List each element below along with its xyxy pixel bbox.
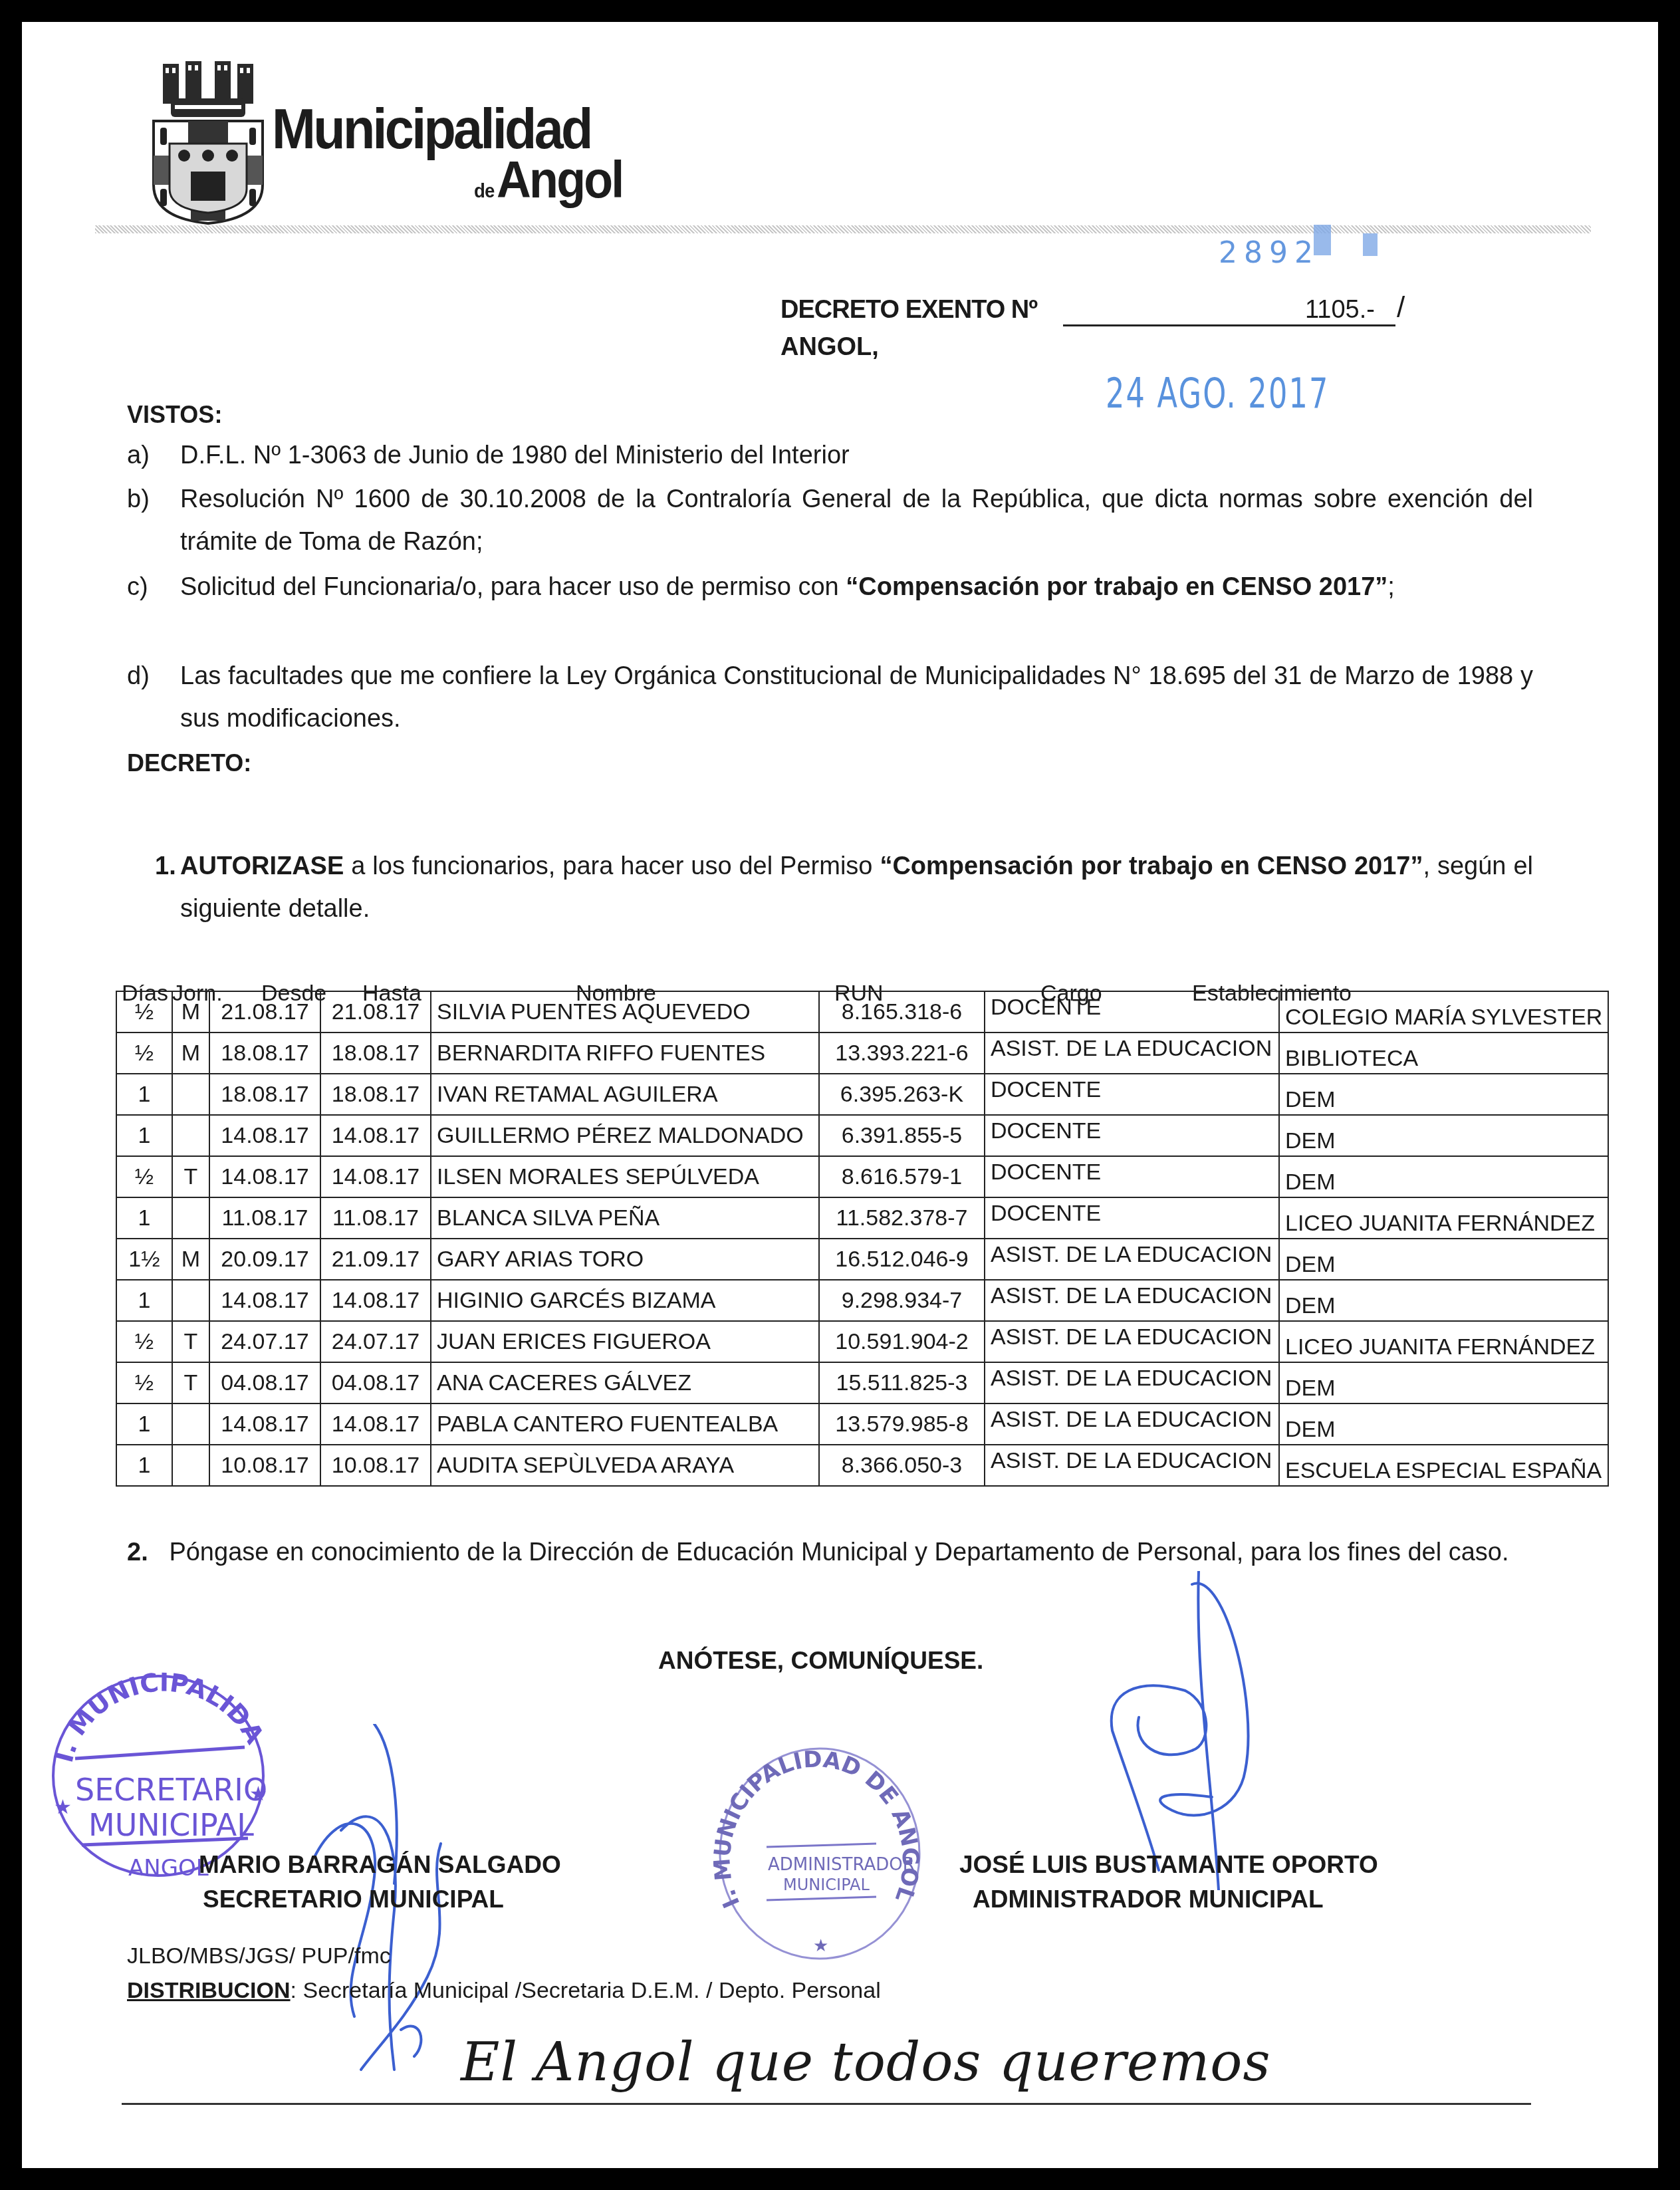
- coat-of-arms-icon: [151, 59, 265, 225]
- anotese-comuniquese: ANÓTESE, COMUNÍQUESE.: [658, 1647, 983, 1675]
- cell-hasta: 14.08.17: [320, 1403, 431, 1445]
- cell-jornada: T: [172, 1362, 209, 1403]
- cell-nombre: ANA CACERES GÁLVEZ: [431, 1362, 819, 1403]
- decree-city: ANGOL,: [780, 333, 879, 362]
- cell-dias: 1: [116, 1445, 172, 1486]
- cell-jornada: [172, 1280, 209, 1321]
- cell-desde: 21.08.17: [209, 991, 320, 1033]
- cell-nombre: BERNARDITA RIFFO FUENTES: [431, 1033, 819, 1074]
- item-label: c): [127, 566, 148, 608]
- item-text: Solicitud del Funcionaria/o, para hacer …: [180, 566, 1533, 608]
- cell-run: 10.591.904-2: [819, 1321, 985, 1362]
- table-row: ½T14.08.1714.08.17ILSEN MORALES SEPÚLVED…: [116, 1156, 1608, 1197]
- cell-establecimiento: DEM: [1279, 1156, 1608, 1197]
- cell-hasta: 21.09.17: [320, 1239, 431, 1280]
- table-row: 114.08.1714.08.17HIGINIO GARCÉS BIZAMA9.…: [116, 1280, 1608, 1321]
- cell-hasta: 24.07.17: [320, 1321, 431, 1362]
- cell-desde: 18.08.17: [209, 1074, 320, 1115]
- cell-establecimiento: DEM: [1279, 1239, 1608, 1280]
- signer-right-name: JOSÉ LUIS BUSTAMANTE OPORTO: [959, 1848, 1378, 1882]
- cell-establecimiento: DEM: [1279, 1403, 1608, 1445]
- cell-nombre: JUAN ERICES FIGUEROA: [431, 1321, 819, 1362]
- cell-cargo: DOCENTE: [985, 1156, 1279, 1197]
- signature-right: [1039, 1571, 1385, 1890]
- cell-run: 16.512.046-9: [819, 1239, 985, 1280]
- cell-dias: 1: [116, 1074, 172, 1115]
- table-row: 1½M20.09.1721.09.17GARY ARIAS TORO16.512…: [116, 1239, 1608, 1280]
- cell-hasta: 18.08.17: [320, 1074, 431, 1115]
- signer-left-title: SECRETARIO MUNICIPAL: [203, 1882, 504, 1917]
- table-row: ½T24.07.1724.07.17JUAN ERICES FIGUEROA10…: [116, 1321, 1608, 1362]
- item-label: b): [127, 478, 150, 521]
- cell-hasta: 14.08.17: [320, 1280, 431, 1321]
- vistos-item-b: b) Resolución Nº 1600 de 30.10.2008 de l…: [127, 478, 1533, 563]
- cell-hasta: 04.08.17: [320, 1362, 431, 1403]
- cell-run: 11.582.378-7: [819, 1197, 985, 1239]
- point-text-bold: AUTORIZASE: [180, 852, 344, 880]
- item-text: D.F.L. Nº 1-3063 de Junio de 1980 del Mi…: [180, 434, 1533, 477]
- cell-nombre: HIGINIO GARCÉS BIZAMA: [431, 1280, 819, 1321]
- cell-desde: 14.08.17: [209, 1156, 320, 1197]
- stamp-ring-text: I. MUNICIPALIDAD: [35, 1664, 270, 1765]
- table-row: ½M18.08.1718.08.17BERNARDITA RIFFO FUENT…: [116, 1033, 1608, 1074]
- cell-cargo: ASIST. DE LA EDUCACION: [985, 1239, 1279, 1280]
- footer-divider: [122, 2103, 1531, 2105]
- cell-dias: 1: [116, 1115, 172, 1156]
- table-row: 114.08.1714.08.17GUILLERMO PÉREZ MALDONA…: [116, 1115, 1608, 1156]
- document-page: Municipalidad deAngol 2892 DECRETO EXENT…: [22, 22, 1658, 2168]
- decreto-point-1: 1. AUTORIZASE a los funcionarios, para h…: [127, 845, 1533, 930]
- table-row: ½M21.08.1721.08.17SILVIA PUENTES AQUEVED…: [116, 991, 1608, 1033]
- cell-hasta: 14.08.17: [320, 1115, 431, 1156]
- cell-run: 8.366.050-3: [819, 1445, 985, 1486]
- cell-desde: 11.08.17: [209, 1197, 320, 1239]
- point-number: 2.: [127, 1538, 148, 1566]
- cell-cargo: ASIST. DE LA EDUCACION: [985, 1280, 1279, 1321]
- cell-dias: ½: [116, 1321, 172, 1362]
- decree-number-line: [1063, 324, 1395, 326]
- cell-dias: ½: [116, 991, 172, 1033]
- cell-jornada: [172, 1074, 209, 1115]
- registry-stamp: 2892: [1219, 236, 1320, 270]
- cell-cargo: DOCENTE: [985, 1197, 1279, 1239]
- cell-nombre: AUDITA SEPÙLVEDA ARAYA: [431, 1445, 819, 1486]
- cell-desde: 24.07.17: [209, 1321, 320, 1362]
- cell-desde: 14.08.17: [209, 1115, 320, 1156]
- cell-cargo: DOCENTE: [985, 991, 1279, 1033]
- decree-number: 1105.-: [1305, 296, 1375, 324]
- item-label: d): [127, 655, 150, 697]
- cell-cargo: ASIST. DE LA EDUCACION: [985, 1321, 1279, 1362]
- cell-desde: 04.08.17: [209, 1362, 320, 1403]
- cell-desde: 18.08.17: [209, 1033, 320, 1074]
- distribution-text: : Secretaría Municipal /Secretaria D.E.M…: [291, 1978, 881, 2003]
- cell-jornada: M: [172, 991, 209, 1033]
- stamp-bottom: ANGOL: [128, 1855, 209, 1882]
- item-label: a): [127, 434, 150, 477]
- org-name-line2: deAngol: [474, 154, 623, 205]
- org-name-prefix: de: [474, 180, 494, 202]
- cell-nombre: GUILLERMO PÉREZ MALDONADO: [431, 1115, 819, 1156]
- point-text-quote: “Compensación por trabajo en CENSO 2017”: [880, 852, 1423, 880]
- cell-jornada: T: [172, 1321, 209, 1362]
- cell-desde: 14.08.17: [209, 1403, 320, 1445]
- star-icon: ★: [249, 1783, 267, 1805]
- cell-nombre: SILVIA PUENTES AQUEVEDO: [431, 991, 819, 1033]
- cell-run: 8.165.318-6: [819, 991, 985, 1033]
- stamp-middle-1: ADMINISTRADOR: [768, 1855, 915, 1875]
- vistos-heading: VISTOS:: [127, 401, 222, 429]
- decree-slash: /: [1397, 291, 1405, 324]
- cell-establecimiento: COLEGIO MARÍA SYLVESTER: [1279, 991, 1608, 1033]
- decreto-point-2: 2. Póngase en conocimiento de la Direcci…: [127, 1531, 1533, 1574]
- administrator-stamp: I. MUNICIPALIDAD DE ANGOL ADMINISTRADOR …: [713, 1737, 933, 1963]
- point-text: AUTORIZASE a los funcionarios, para hace…: [180, 845, 1533, 930]
- cell-cargo: ASIST. DE LA EDUCACION: [985, 1403, 1279, 1445]
- cell-dias: ½: [116, 1362, 172, 1403]
- cell-nombre: IVAN RETAMAL AGUILERA: [431, 1074, 819, 1115]
- registry-stamp-mark: [1363, 233, 1378, 256]
- org-name-city: Angol: [497, 150, 622, 209]
- cell-jornada: M: [172, 1033, 209, 1074]
- cell-establecimiento: ESCUELA ESPECIAL ESPAÑA: [1279, 1445, 1608, 1486]
- table-row: 111.08.1711.08.17BLANCA SILVA PEÑA11.582…: [116, 1197, 1608, 1239]
- registry-number: 2892: [1219, 236, 1320, 270]
- cell-establecimiento: LICEO JUANITA FERNÁNDEZ: [1279, 1321, 1608, 1362]
- cell-dias: ½: [116, 1156, 172, 1197]
- table-row: 110.08.1710.08.17AUDITA SEPÙLVEDA ARAYA8…: [116, 1445, 1608, 1486]
- point-text-mid: a los funcionarios, para hacer uso del P…: [344, 852, 880, 880]
- cell-run: 9.298.934-7: [819, 1280, 985, 1321]
- cell-dias: 1: [116, 1197, 172, 1239]
- star-icon: ★: [54, 1796, 72, 1818]
- item-text-bold: “Compensación por trabajo en CENSO 2017”: [846, 573, 1387, 601]
- cell-dias: 1½: [116, 1239, 172, 1280]
- initials: JLBO/MBS/JGS/ PUP/fmc: [127, 1943, 391, 1969]
- cell-establecimiento: LICEO JUANITA FERNÁNDEZ: [1279, 1197, 1608, 1239]
- cell-jornada: [172, 1445, 209, 1486]
- decree-label: DECRETO EXENTO Nº: [780, 296, 1037, 324]
- cell-cargo: ASIST. DE LA EDUCACION: [985, 1362, 1279, 1403]
- cell-desde: 14.08.17: [209, 1280, 320, 1321]
- table-row: 114.08.1714.08.17PABLA CANTERO FUENTEALB…: [116, 1403, 1608, 1445]
- table-row: ½T04.08.1704.08.17ANA CACERES GÁLVEZ15.5…: [116, 1362, 1608, 1403]
- cell-dias: 1: [116, 1403, 172, 1445]
- cell-desde: 10.08.17: [209, 1445, 320, 1486]
- cell-cargo: ASIST. DE LA EDUCACION: [985, 1033, 1279, 1074]
- cell-jornada: [172, 1403, 209, 1445]
- motto: El Angol que todos queremos: [461, 2031, 1271, 2093]
- item-text-pre: Solicitud del Funcionaria/o, para hacer …: [180, 573, 846, 601]
- vistos-item-a: a) D.F.L. Nº 1-3063 de Junio de 1980 del…: [127, 434, 1533, 477]
- svg-text:I. MUNICIPALIDAD: I. MUNICIPALIDAD: [35, 1664, 270, 1765]
- cell-establecimiento: DEM: [1279, 1280, 1608, 1321]
- signer-left-name: MARIO BARRAGÁN SALGADO: [199, 1848, 561, 1882]
- date-stamp: 24 AGO. 2017: [1106, 369, 1330, 418]
- cell-establecimiento: BIBLIOTECA: [1279, 1033, 1608, 1074]
- point-text: Póngase en conocimiento de la Dirección …: [169, 1538, 1508, 1566]
- cell-cargo: ASIST. DE LA EDUCACION: [985, 1445, 1279, 1486]
- point-number: 1.: [155, 845, 176, 888]
- cell-cargo: DOCENTE: [985, 1115, 1279, 1156]
- cell-establecimiento: DEM: [1279, 1074, 1608, 1115]
- org-name-line1: Municipalidad: [272, 100, 591, 158]
- vistos-item-c: c) Solicitud del Funcionaria/o, para hac…: [127, 566, 1533, 608]
- cell-nombre: BLANCA SILVA PEÑA: [431, 1197, 819, 1239]
- item-text-post: ;: [1387, 573, 1395, 601]
- registry-stamp-mark: [1314, 225, 1331, 255]
- cell-hasta: 10.08.17: [320, 1445, 431, 1486]
- cell-jornada: [172, 1197, 209, 1239]
- cell-nombre: PABLA CANTERO FUENTEALBA: [431, 1403, 819, 1445]
- header-divider: [95, 225, 1591, 233]
- cell-run: 6.395.263-K: [819, 1074, 985, 1115]
- decreto-heading: DECRETO:: [127, 749, 251, 777]
- cell-run: 15.511.825-3: [819, 1362, 985, 1403]
- cell-run: 6.391.855-5: [819, 1115, 985, 1156]
- cell-dias: ½: [116, 1033, 172, 1074]
- cell-jornada: T: [172, 1156, 209, 1197]
- cell-desde: 20.09.17: [209, 1239, 320, 1280]
- cell-hasta: 21.08.17: [320, 991, 431, 1033]
- cell-establecimiento: DEM: [1279, 1362, 1608, 1403]
- vistos-item-d: d) Las facultades que me confiere la Ley…: [127, 655, 1533, 740]
- distribution: DISTRIBUCION: Secretaría Municipal /Secr…: [127, 1978, 881, 2004]
- cell-jornada: M: [172, 1239, 209, 1280]
- stamp-middle-2: MUNICIPAL: [783, 1876, 870, 1894]
- cell-run: 13.579.985-8: [819, 1403, 985, 1445]
- cell-establecimiento: DEM: [1279, 1115, 1608, 1156]
- star-icon: ★: [813, 1935, 828, 1955]
- item-text: Resolución Nº 1600 de 30.10.2008 de la C…: [180, 478, 1533, 563]
- cell-jornada: [172, 1115, 209, 1156]
- signer-right-title: ADMINISTRADOR MUNICIPAL: [973, 1882, 1324, 1917]
- cell-nombre: ILSEN MORALES SEPÚLVEDA: [431, 1156, 819, 1197]
- cell-hasta: 14.08.17: [320, 1156, 431, 1197]
- staff-table: ½M21.08.1721.08.17SILVIA PUENTES AQUEVED…: [116, 991, 1609, 1487]
- cell-hasta: 18.08.17: [320, 1033, 431, 1074]
- table-row: 118.08.1718.08.17IVAN RETAMAL AGUILERA6.…: [116, 1074, 1608, 1115]
- cell-cargo: DOCENTE: [985, 1074, 1279, 1115]
- item-text: Las facultades que me confiere la Ley Or…: [180, 655, 1533, 740]
- stamp-middle-1: SECRETARIO: [75, 1772, 267, 1808]
- distribution-label: DISTRIBUCION: [127, 1978, 291, 2003]
- cell-run: 8.616.579-1: [819, 1156, 985, 1197]
- cell-dias: 1: [116, 1280, 172, 1321]
- cell-nombre: GARY ARIAS TORO: [431, 1239, 819, 1280]
- cell-run: 13.393.221-6: [819, 1033, 985, 1074]
- cell-hasta: 11.08.17: [320, 1197, 431, 1239]
